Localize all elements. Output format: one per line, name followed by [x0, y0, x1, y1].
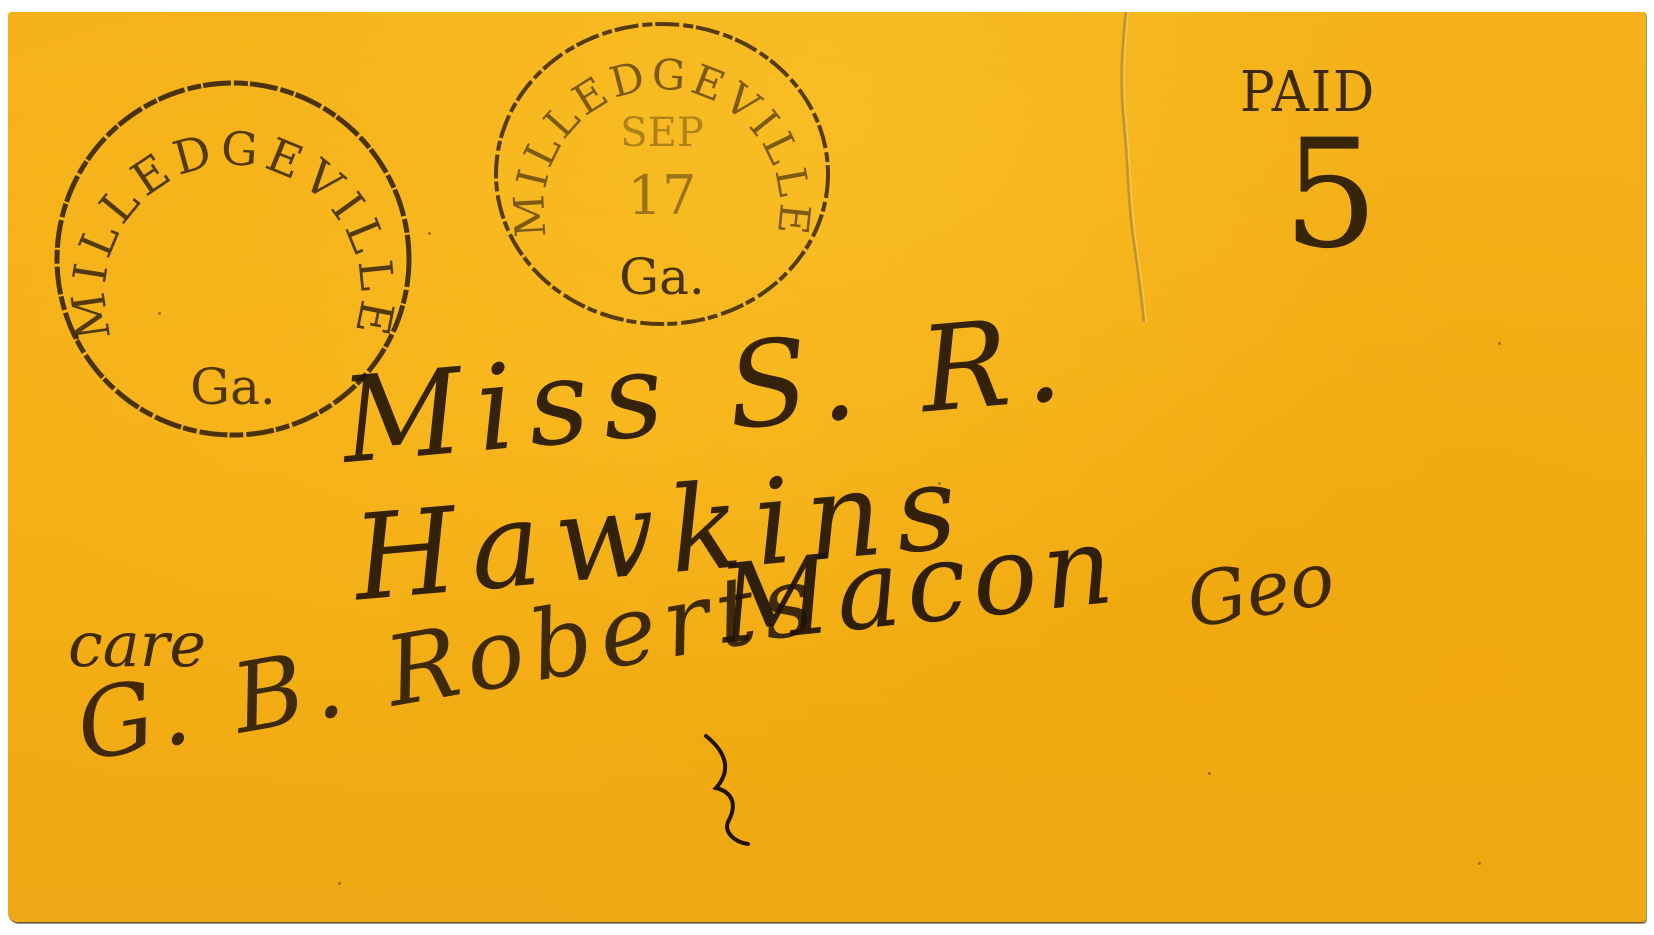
paper-crease [1098, 12, 1158, 322]
paper-speck [428, 232, 431, 235]
postmark-left-state: Ga. [190, 358, 276, 416]
paper-speck [338, 882, 341, 885]
svg-text:MILLEDGEVILLE: MILLEDGEVILLE [60, 121, 405, 346]
paper-speck [158, 312, 161, 315]
postmark-right-state: Ga. [619, 248, 705, 306]
paper-speck [1498, 342, 1501, 345]
postmark-right-month: SEP [620, 110, 704, 156]
brace-flourish [698, 732, 758, 852]
envelope: MILLEDGEVILLE Ga. MILLEDGEVILLE SEP 17 G… [8, 12, 1646, 922]
paper-speck [1478, 862, 1481, 865]
postmark-right: MILLEDGEVILLE SEP 17 Ga. [490, 18, 834, 330]
postmark-left-town: MILLEDGEVILLE [60, 121, 405, 346]
postmark-right-day: 17 [628, 164, 697, 227]
paper-speck [938, 482, 941, 485]
paper-speck [1208, 772, 1211, 775]
rate-numeral: 5 [1283, 120, 1378, 270]
